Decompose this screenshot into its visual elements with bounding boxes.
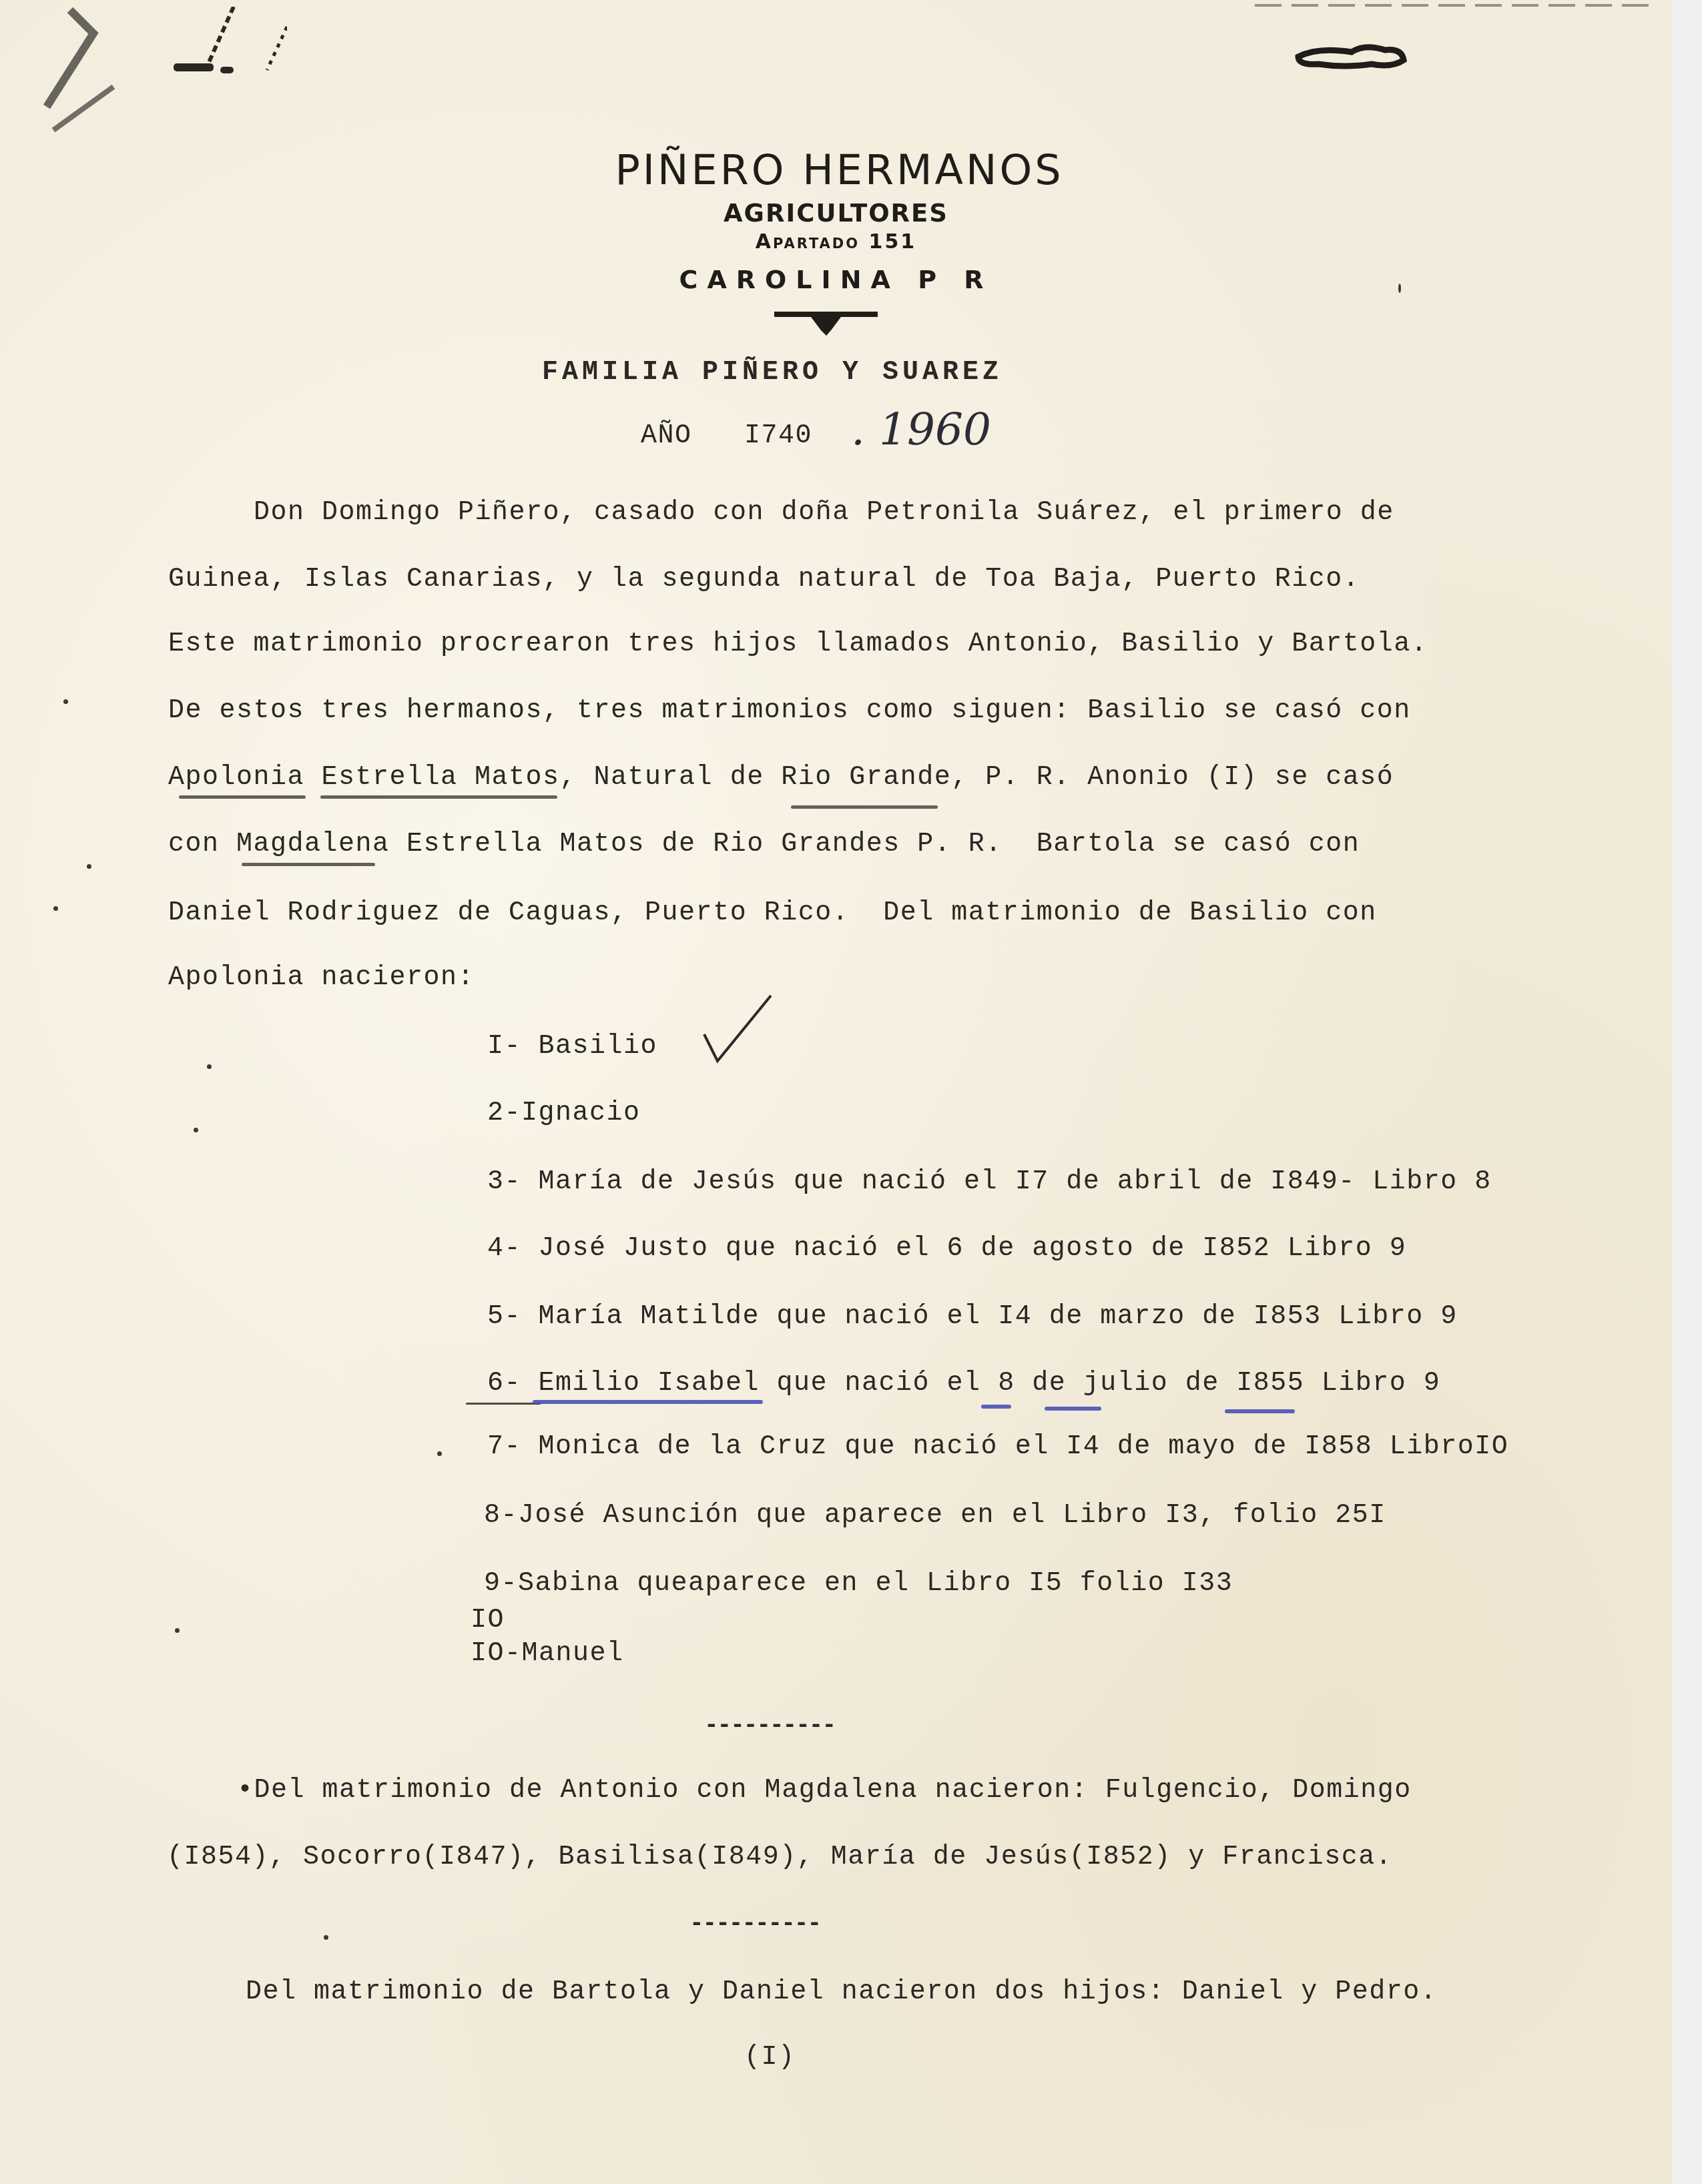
child-list-item: IO-Manuel	[471, 1638, 624, 1670]
ink-speck	[87, 864, 91, 869]
scan-edge	[1672, 0, 1702, 2184]
blue-underline	[533, 1400, 763, 1404]
ink-speck	[63, 699, 68, 704]
child-text: José Justo que nació el 6 de agosto de I…	[521, 1234, 1406, 1264]
intro-line: con Magdalena Estrella Matos de Rio Gran…	[168, 829, 1360, 861]
child-list-item: 9-Sabina queaparece en el Libro I5 folio…	[484, 1568, 1233, 1600]
child-number: 7-	[487, 1432, 521, 1462]
child-list-item: IO	[471, 1605, 505, 1637]
year-start: I740	[744, 420, 812, 452]
pencil-underline	[179, 795, 306, 799]
margin-dash	[466, 1403, 541, 1405]
section-separator: ----------	[704, 1712, 835, 1739]
intro-line: Apolonia nacieron:	[168, 962, 475, 994]
child-number: 4-	[487, 1234, 521, 1264]
antonio-line: (I854), Socorro(I847), Basilisa(I849), M…	[167, 1842, 1392, 1874]
child-text: José Asunción que aparece en el Libro I3…	[518, 1501, 1386, 1531]
child-number: 5-	[487, 1302, 521, 1332]
child-number: 8-	[484, 1501, 518, 1531]
child-text: Ignacio	[521, 1098, 641, 1128]
child-text: Monica de la Cruz que nació el I4 de may…	[521, 1432, 1508, 1462]
child-number: 9-	[484, 1569, 518, 1599]
child-list-item: 5- María Matilde que nació el I4 de marz…	[487, 1301, 1458, 1333]
child-number: IO	[471, 1605, 505, 1635]
year-end-handwritten: . 1960	[851, 404, 991, 455]
child-list-item: 3- María de Jesús que nació el I7 de abr…	[487, 1166, 1492, 1198]
intro-line: Guinea, Islas Canarias, y la segunda nat…	[168, 564, 1360, 596]
child-text: María Matilde que nació el I4 de marzo d…	[521, 1302, 1458, 1332]
ink-speck	[194, 1128, 198, 1132]
ink-speck	[324, 1935, 328, 1940]
section-separator: ----------	[689, 1910, 820, 1937]
pencil-underline	[242, 863, 375, 866]
intro-line: Daniel Rodriguez de Caguas, Puerto Rico.…	[168, 897, 1377, 930]
ink-speck	[207, 1064, 212, 1069]
intro-line: Don Domingo Piñero, casado con doña Petr…	[254, 497, 1394, 529]
child-text: Emilio Isabel que nació el 8 de julio de…	[521, 1369, 1440, 1399]
intro-line: Este matrimonio procrearon tres hijos ll…	[168, 629, 1428, 661]
ink-smudge-icon	[20, 7, 287, 140]
child-list-item: I- Basilio	[487, 1031, 657, 1063]
company-address: Apartado 151	[0, 229, 1672, 256]
blue-underline	[1045, 1407, 1101, 1411]
letterhead: PIÑERO HERMANOS AGRICULTORES Apartado 15…	[0, 143, 1672, 300]
page-number: (I)	[744, 2042, 796, 2074]
blue-underline	[981, 1405, 1011, 1409]
intro-line: De estos tres hermanos, tres matrimonios…	[168, 695, 1411, 727]
child-number: 2-	[487, 1098, 521, 1128]
child-number: IO-	[471, 1639, 522, 1669]
document-title: FAMILIA PIÑERO Y SUAREZ	[542, 357, 1003, 389]
ink-speck	[437, 1451, 442, 1456]
child-list-item: 8-José Asunción que aparece en el Libro …	[484, 1500, 1386, 1532]
child-text: Basilio	[521, 1032, 657, 1062]
company-tagline: AGRICULTORES	[0, 198, 1672, 229]
pencil-underline	[320, 795, 557, 799]
checkmark-icon	[701, 994, 774, 1068]
bartola-line: Del matrimonio de Bartola y Daniel nacie…	[246, 1976, 1437, 2009]
child-list-item: 2-Ignacio	[487, 1098, 641, 1130]
child-text: Manuel	[522, 1639, 624, 1669]
child-number: 6-	[487, 1369, 521, 1399]
antonio-line: •Del matrimonio de Antonio con Magdalena…	[237, 1775, 1412, 1807]
child-text: María de Jesús que nació el I7 de abril …	[521, 1167, 1492, 1197]
blue-underline	[1225, 1409, 1295, 1413]
intro-line: Apolonia Estrella Matos, Natural de Rio …	[168, 762, 1394, 794]
company-city: CAROLINA P R	[0, 260, 1672, 300]
year-label: AÑO	[641, 420, 692, 452]
child-text: Sabina queaparece en el Libro I5 folio I…	[518, 1569, 1233, 1599]
letterhead-ornament-icon	[774, 310, 878, 337]
child-list-item: 6- Emilio Isabel que nació el 8 de julio…	[487, 1368, 1440, 1400]
ink-speck	[53, 906, 58, 911]
child-number: 3-	[487, 1167, 521, 1197]
pencil-underline	[791, 805, 938, 809]
ink-speck	[1398, 284, 1401, 293]
child-list-item: 4- José Justo que nació el 6 de agosto d…	[487, 1233, 1406, 1265]
child-list-item: 7- Monica de la Cruz que nació el I4 de …	[487, 1431, 1508, 1463]
child-number: I-	[487, 1032, 521, 1062]
company-name: PIÑERO HERMANOS	[7, 143, 1672, 197]
top-edge-rule	[1255, 4, 1655, 7]
ink-speck	[175, 1628, 180, 1633]
ink-scribble-icon	[1292, 40, 1412, 73]
